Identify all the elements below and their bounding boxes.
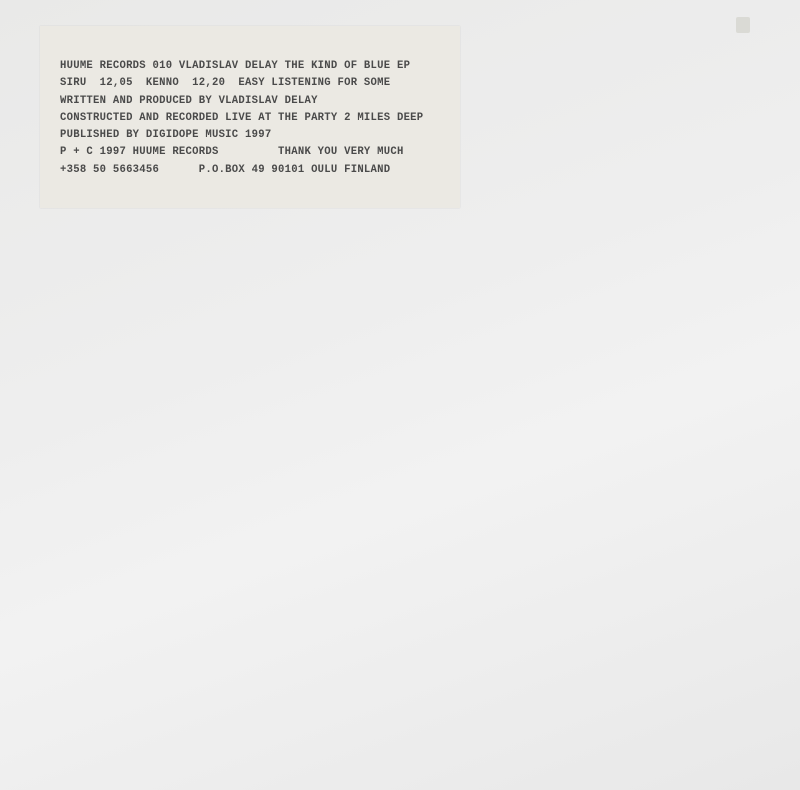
label-line-tracks: SIRU 12,05 KENNO 12,20 EASY LISTENING FO… [60, 75, 423, 92]
label-line-credits: WRITTEN AND PRODUCED BY VLADISLAV DELAY [60, 93, 423, 110]
label-line-catalog: HUUME RECORDS 010 VLADISLAV DELAY THE KI… [60, 58, 423, 75]
record-sleeve: HUUME RECORDS 010 VLADISLAV DELAY THE KI… [0, 0, 800, 790]
label-line-copyright: P + C 1997 HUUME RECORDS THANK YOU VERY … [60, 144, 423, 161]
info-label-sticker: HUUME RECORDS 010 VLADISLAV DELAY THE KI… [40, 26, 460, 208]
sleeve-smudge [736, 17, 750, 33]
label-text-block: HUUME RECORDS 010 VLADISLAV DELAY THE KI… [60, 58, 423, 179]
label-line-recording: CONSTRUCTED AND RECORDED LIVE AT THE PAR… [60, 110, 423, 127]
label-line-publisher: PUBLISHED BY DIGIDOPE MUSIC 1997 [60, 127, 423, 144]
label-line-contact: +358 50 5663456 P.O.BOX 49 90101 OULU FI… [60, 162, 423, 179]
